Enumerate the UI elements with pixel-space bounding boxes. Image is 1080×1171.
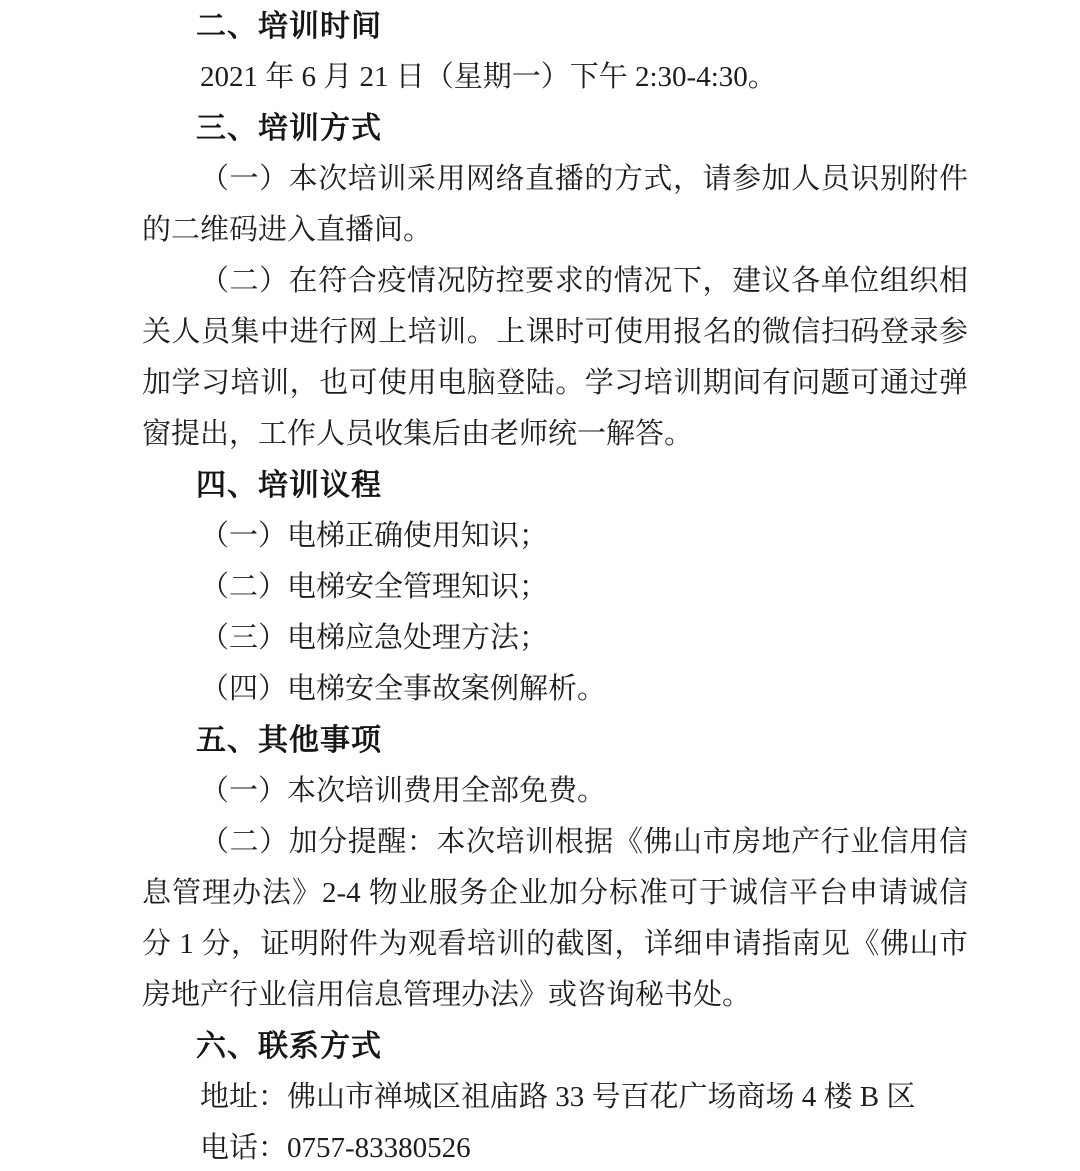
line-other-item2-4: 房地产行业信用信息管理办法》或咨询秘书处。 — [142, 970, 968, 1021]
heading-contact: 六、联系方式 — [142, 1021, 968, 1072]
line-contact-address: 地址：佛山市禅城区祖庙路 33 号百花广场商场 4 楼 B 区 — [142, 1072, 968, 1123]
line-method-item2-2: 关人员集中进行网上培训。上课时可使用报名的微信扫码登录参 — [142, 307, 968, 358]
line-method-item2-4: 窗提出，工作人员收集后由老师统一解答。 — [142, 409, 968, 460]
notice-body: 二、培训时间 2021 年 6 月 21 日（星期一）下午 2:30-4:30。… — [0, 0, 1080, 1171]
heading-other-matters: 五、其他事项 — [142, 715, 968, 766]
line-other-item2-3: 分 1 分，证明附件为观看培训的截图，详细申请指南见《佛山市 — [142, 919, 968, 970]
line-agenda-item3: （三）电梯应急处理方法； — [142, 613, 968, 664]
line-method-item2-3: 加学习培训，也可使用电脑登陆。学习培训期间有问题可通过弹 — [142, 358, 968, 409]
line-agenda-item4: （四）电梯安全事故案例解析。 — [142, 664, 968, 715]
line-method-item1-2: 的二维码进入直播间。 — [142, 205, 968, 256]
line-other-item1: （一）本次培训费用全部免费。 — [142, 766, 968, 817]
scanned-document-page: 二、培训时间 2021 年 6 月 21 日（星期一）下午 2:30-4:30。… — [0, 0, 1080, 1171]
line-agenda-item1: （一）电梯正确使用知识； — [142, 511, 968, 562]
line-other-item2-2: 息管理办法》2-4 物业服务企业加分标准可于诚信平台申请诚信加 — [142, 868, 968, 919]
heading-training-time: 二、培训时间 — [142, 1, 968, 52]
line-other-item2-1: （二）加分提醒：本次培训根据《佛山市房地产行业信用信 — [142, 817, 968, 868]
heading-agenda: 四、培训议程 — [142, 460, 968, 511]
line-method-item1-1: （一）本次培训采用网络直播的方式，请参加人员识别附件 — [142, 154, 968, 205]
line-method-item2-1: （二）在符合疫情况防控要求的情况下，建议各单位组织相 — [142, 256, 968, 307]
heading-training-method: 三、培训方式 — [142, 103, 968, 154]
line-training-date: 2021 年 6 月 21 日（星期一）下午 2:30-4:30。 — [142, 52, 968, 103]
line-agenda-item2: （二）电梯安全管理知识； — [142, 562, 968, 613]
line-contact-phone: 电话：0757-83380526 — [142, 1123, 968, 1171]
